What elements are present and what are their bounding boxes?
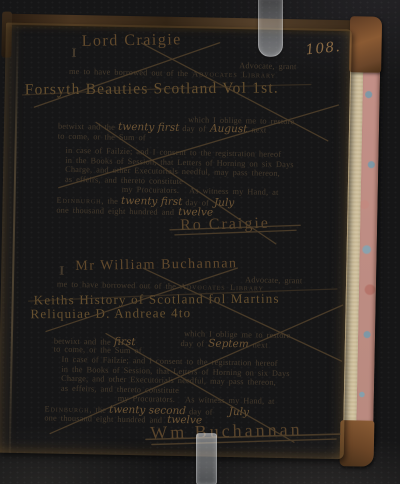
printed-year-prefix: one thousand eight hundred and <box>56 206 174 218</box>
photo-background: 108. Lord Craigie I Advocate, grant me t… <box>0 0 400 484</box>
handwritten-signed-month: July <box>214 197 234 209</box>
printed-opening-i: I <box>71 48 76 58</box>
printed-year-prefix: one thousand eight hundred and <box>44 413 162 425</box>
printed-next: next <box>251 125 266 135</box>
printed-day-of: day of <box>180 339 204 349</box>
cover-corner-top-right <box>349 16 382 73</box>
handwritten-return-month: August <box>210 123 248 136</box>
handwritten-signed-month: July <box>229 406 249 418</box>
register-book: 108. Lord Craigie I Advocate, grant me t… <box>0 12 380 471</box>
printed-library-name: Advocates Library <box>192 69 276 80</box>
page-gutter-crease <box>9 23 19 453</box>
handwritten-borrower-name: Mr William Buchannan <box>75 256 237 275</box>
printed-borrowed-prefix: me to have borrowed out of the <box>57 280 176 292</box>
handwritten-book-title-2: Reliquiae D. Andreae 4to <box>30 305 191 322</box>
retaining-strap-bottom <box>196 433 217 484</box>
borrower-signature: Wm Buchannan <box>150 419 303 444</box>
folio-number: 108. <box>305 39 342 59</box>
borrower-signature: Ro Craigie <box>180 215 270 235</box>
retaining-strap-top <box>258 0 283 57</box>
printed-borrowed-prefix: me to have borrowed out of the <box>69 67 188 79</box>
handwritten-borrower-name: Lord Craigie <box>82 31 182 51</box>
cover-corner-bottom-right <box>340 420 375 467</box>
handwritten-return-month: Septem <box>208 338 249 351</box>
printed-next: next <box>253 340 268 350</box>
printed-sum-line: to come, or the Sum of <box>58 132 146 143</box>
register-page: 108. Lord Craigie I Advocate, grant me t… <box>0 23 352 460</box>
printed-day-of: day of <box>182 124 206 134</box>
printed-betwixt-prefix: betwixt and the <box>58 122 115 132</box>
printed-procurators: my Procurators. <box>122 185 179 196</box>
handwritten-book-title: Forsyth Beauties Scotland Vol 1st. <box>25 80 279 100</box>
printed-procurators: my Procurators. <box>118 394 175 405</box>
printed-opening-i: I <box>59 266 64 276</box>
